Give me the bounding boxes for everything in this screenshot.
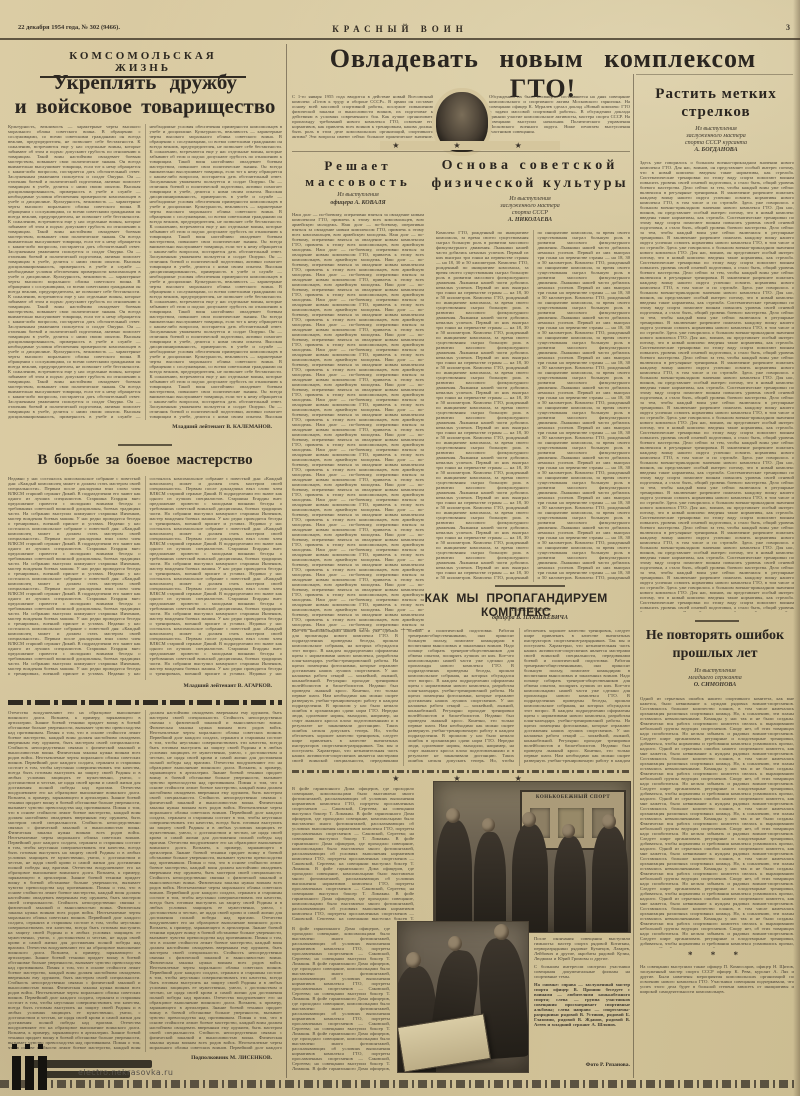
masthead: КРАСНЫЙ ВОИН — [0, 24, 800, 34]
right-box-top-rule — [636, 74, 793, 75]
caption-paragraph-2: С большим интересом смотрели участники с… — [534, 964, 630, 979]
photo-officers-at-board: КОНЬКОБЕЖНЫЙ СПОРТ — [434, 782, 630, 932]
watermark-logo-bar — [12, 1056, 21, 1090]
photo-album-viewing — [398, 922, 528, 1072]
article2-body: Недавно у нас состоялось комсомольское с… — [8, 476, 282, 680]
bogdanov-title-line1: Растить метких — [638, 86, 794, 103]
plyashkevich-byline-source: Из выступления — [430, 607, 630, 614]
photo-figure — [436, 820, 472, 932]
photo-figure-head — [406, 952, 421, 968]
plyashkevich-body: Кое-что комсомольцами нашей части уже сд… — [292, 628, 630, 766]
watermark-logo-dot — [38, 1044, 43, 1049]
simonov-title-line2: прошлых лет — [636, 646, 794, 662]
watermark-logo-dot — [25, 1044, 30, 1049]
article-divider — [118, 444, 172, 446]
caption-paragraph-3: На снимке: справа — заслуженный мастер с… — [534, 982, 630, 1027]
simonov-star-separator: * * * — [640, 950, 794, 960]
photo-credit: Фото Р. Рязанова. — [534, 1062, 630, 1068]
article1-title-line1: Укреплять дружбу — [8, 70, 282, 95]
simonov-body-part2: На совещании выступили также офицер П. К… — [640, 964, 794, 1072]
photo-figure-head — [494, 924, 509, 940]
chain-rule — [292, 770, 630, 773]
simonov-title-line1: Не повторять ошибок — [636, 628, 794, 644]
bogdanov-title-line2: стрелков — [638, 104, 794, 121]
newspaper-page: 22 декабря 1954 года, № 302 (9466). КРАС… — [0, 0, 800, 1096]
koval-byline-author: офицера А. КОВАЛЯ — [292, 200, 424, 207]
star-separator-top: ★ ★ ★ — [380, 141, 560, 150]
koval-body: Наш долг — по-боевому, оперативно взятьс… — [292, 212, 424, 630]
photo-figure — [554, 836, 586, 932]
watermark-logo-bar — [38, 1056, 47, 1090]
header-rule — [0, 38, 800, 40]
watermark-logo-dot — [12, 1044, 17, 1049]
photo-figure — [592, 826, 628, 932]
simonov-top-rule — [695, 620, 739, 622]
watermark-logo — [12, 1036, 51, 1082]
column-divider-left — [286, 44, 287, 1078]
bogdanov-body: Здесь уже говорилось о большом военно-пр… — [640, 160, 794, 612]
article3-body: Отечества воодушевляют его на образцовое… — [8, 710, 282, 1052]
photo-figure-head — [448, 936, 462, 951]
nikolaev-body: Комплекс ГТО, рожденный по инициативе ко… — [436, 230, 630, 582]
photo-figure-head — [522, 812, 536, 827]
watermark-url: electro.nekrasovka.ru — [78, 1068, 173, 1077]
simonov-body-part1: Одной из серьезных ошибок нашего спортив… — [640, 696, 794, 948]
photo-figure — [474, 832, 506, 932]
simonov-byline-author: О. СИМОНОВА — [636, 682, 794, 689]
nikolaev-title-line1: Основа советской — [430, 158, 630, 174]
article2-title: В борьбе за боевое мастерство — [8, 452, 282, 469]
photo-side-column-lower: В фойе гарнизонного Дома офицеров, где п… — [292, 926, 390, 1072]
nikolaev-title-line2: физической культуры — [430, 176, 630, 192]
nikolaev-byline-author: А. НИКОЛАЕВА — [430, 217, 630, 224]
koval-byline-source: Из выступления — [292, 192, 424, 199]
photo-figure-head — [446, 808, 460, 823]
photo-captions: После окончания совещания выступили гимн… — [534, 936, 630, 1060]
koval-title-line1: Решает — [292, 158, 424, 174]
bottom-decorative-border — [0, 1080, 797, 1088]
koval-title-line2: массовость — [292, 174, 424, 190]
watermark-logo-bar — [25, 1056, 34, 1090]
column-divider-right — [633, 74, 634, 1078]
plyashkevich-byline-author: офицера В. ПЛЯШКЕВИЧА — [430, 615, 630, 622]
page-number: 3 — [770, 23, 790, 32]
decorative-dash-band — [8, 700, 282, 705]
bogdanov-byline-author: А. БОГДАНОВА — [638, 147, 794, 154]
intro-bottom-rule — [292, 151, 630, 152]
photo-side-column: В фойе гарнизонного Дома офицеров, где п… — [292, 786, 414, 920]
article1-title-line2: и войсковое товарищество — [8, 94, 282, 119]
photo-figure — [512, 824, 548, 932]
article2-signature: Младший лейтенант В. АГАРКОВ. — [8, 683, 272, 689]
photo-board-title: КОНЬКОБЕЖНЫЙ СПОРТ — [522, 795, 624, 800]
caption-paragraph-1: После окончания совещания выступили гимн… — [534, 936, 630, 961]
article1-signature: Младший лейтенант В. КАЛЕМАНОВ. — [8, 424, 272, 430]
photo-figure-head — [562, 824, 575, 838]
article1-body: Культурность, вежливость — характерные ч… — [8, 124, 282, 420]
photo-figure-head — [602, 814, 616, 829]
plyashkevich-top-rule — [495, 585, 565, 587]
page-edge-shadow — [793, 0, 800, 1096]
photo-figure-head — [482, 818, 495, 832]
